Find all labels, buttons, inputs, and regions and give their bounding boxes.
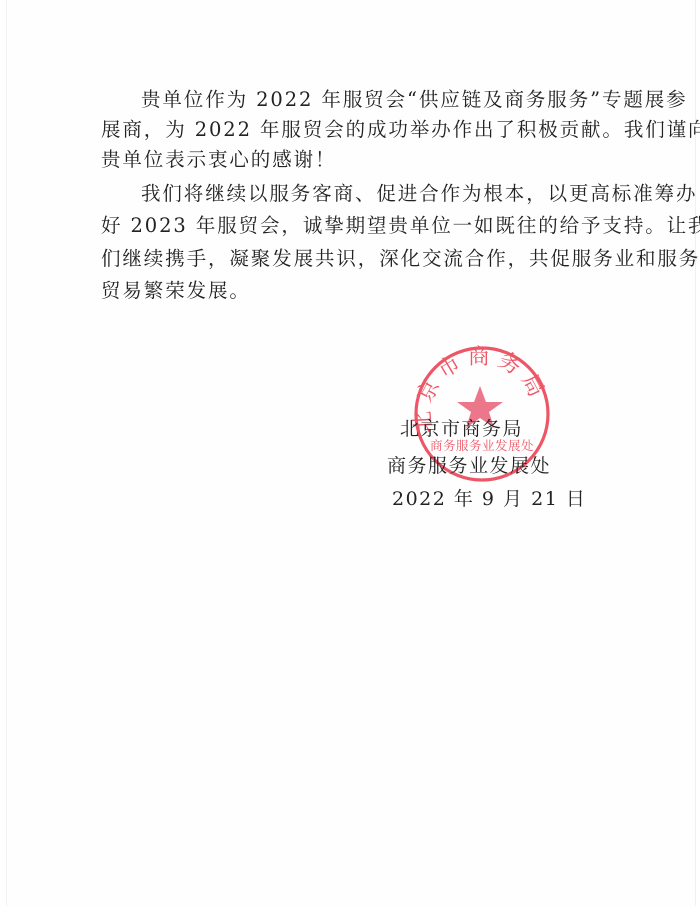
paragraph-2-line-4: 贸易繁荣发展。: [101, 278, 251, 304]
signature-date: 2022 年 9 月 21 日: [392, 484, 586, 511]
signature-department: 商务服务业发展处: [387, 451, 551, 478]
paragraph-1-line-1: 贵单位作为 2022 年服贸会“供应链及商务服务”专题展参: [141, 87, 688, 113]
paragraph-2-line-3: 们继续携手，凝聚发展共识，深化交流合作，共促服务业和服务: [101, 246, 700, 272]
paragraph-2-line-1: 我们将继续以服务客商、促进合作为根本，以更高标准筹办: [141, 181, 697, 207]
signature-organization: 北京市商务局: [400, 414, 523, 441]
paragraph-2-line-2: 好 2023 年服贸会，诚挚期望贵单位一如既往的给予支持。让我: [101, 213, 700, 239]
paragraph-1-line-3: 贵单位表示衷心的感谢！: [101, 147, 336, 173]
paragraph-1-line-2: 展商，为 2022 年服贸会的成功举办作出了积极贡献。我们谨向: [101, 117, 700, 143]
